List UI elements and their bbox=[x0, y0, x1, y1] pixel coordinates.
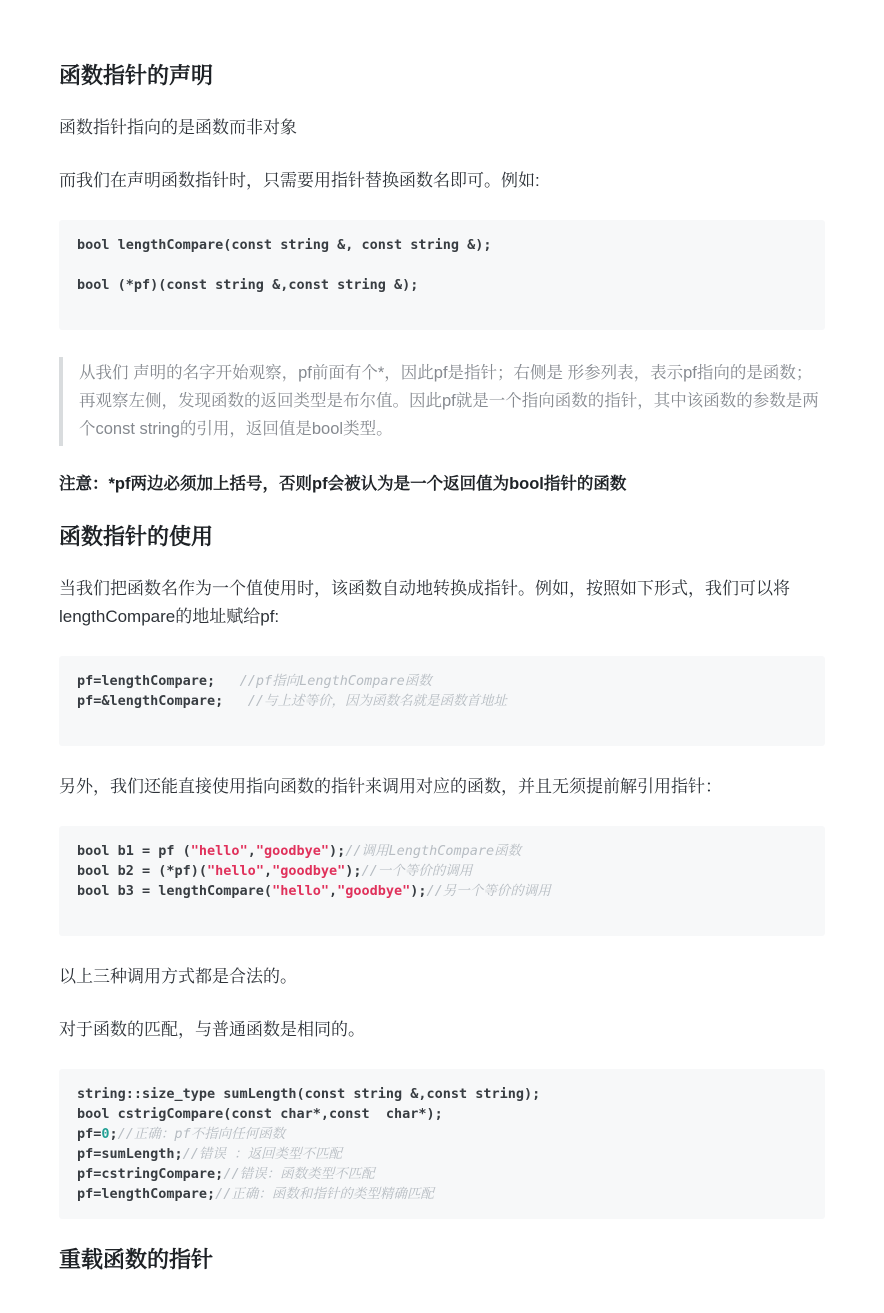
document-page: 函数指针的声明 函数指针指向的是函数而非对象 而我们在声明函数指针时，只需要用指… bbox=[0, 0, 884, 1313]
paragraph-call-intro: 另外，我们还能直接使用指向函数的指针来调用对应的函数，并且无须提前解引用指针： bbox=[59, 773, 825, 801]
code-block-call-example: bool b1 = pf ("hello","goodbye");//调用Len… bbox=[59, 826, 825, 936]
code-block-assignment-example: pf=lengthCompare; //pf指向LengthCompare函数p… bbox=[59, 656, 825, 746]
quote-block-explanation: 从我们 声明的名字开始观察，pf前面有个*，因此pf是指针；右侧是 形参列表，表… bbox=[59, 357, 825, 446]
paragraph-declare-intro: 而我们在声明函数指针时，只需要用指针替换函数名即可。例如: bbox=[59, 167, 825, 195]
code-block-declaration-example: bool lengthCompare(const string &, const… bbox=[59, 220, 825, 330]
code-block-matching-example: string::size_type sumLength(const string… bbox=[59, 1069, 825, 1219]
paragraph-pointer-points-to-function: 函数指针指向的是函数而非对象 bbox=[59, 114, 825, 142]
heading-function-pointer-usage: 函数指针的使用 bbox=[59, 523, 825, 551]
paragraph-usage-intro: 当我们把函数名作为一个值使用时，该函数自动地转换成指针。例如，按照如下形式，我们… bbox=[59, 575, 825, 631]
note-parentheses-required: 注意：*pf两边必须加上括号，否则pf会被认为是一个返回值为bool指针的函数 bbox=[59, 471, 825, 497]
heading-function-pointer-declaration: 函数指针的声明 bbox=[59, 62, 825, 90]
paragraph-three-calls-legal: 以上三种调用方式都是合法的。 bbox=[59, 963, 825, 991]
paragraph-matching-same: 对于函数的匹配，与普通函数是相同的。 bbox=[59, 1016, 825, 1044]
heading-overloaded-function-pointer: 重载函数的指针 bbox=[59, 1246, 825, 1274]
